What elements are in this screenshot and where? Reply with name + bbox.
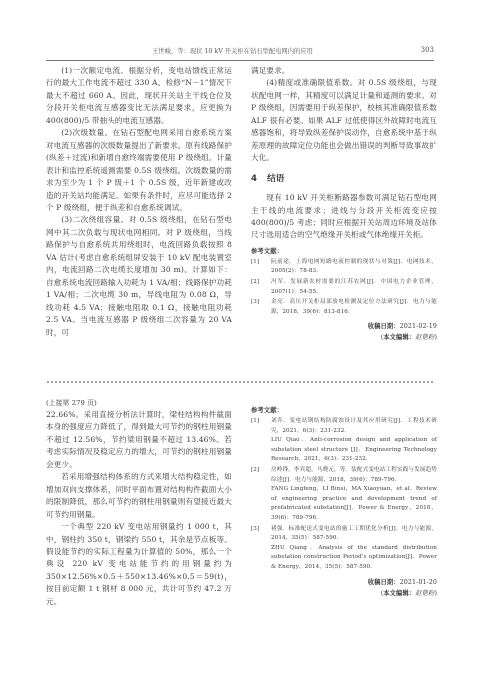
reference-text: 房岭锋，李宾超，马晓元，等．装配式变电站工程实践与发展趋势综述[J]．电力与能源…	[271, 467, 437, 483]
section-title: 结语	[267, 174, 284, 184]
reference-item: [2] 冯军．发展新农村需要的江苏农网[J]．中国电力企业管理，2007(1)：…	[251, 278, 437, 297]
article-bottom-left-column: (上接第 279 页) 22.66%。采用直接分析法计算时，梁柱结构构件截面本身…	[46, 398, 232, 608]
paragraph-structural-stability: 若采用增强结构体系的方式来增大结构稳定性，如增加双向支撑体系，同时平面布置对结构…	[46, 471, 232, 521]
references-title: 参考文献：	[251, 405, 437, 416]
page-number: 303	[421, 46, 434, 54]
reference-number: [1]	[251, 417, 259, 427]
received-date-line: 收稿日期：2021-01-20	[251, 577, 437, 588]
reference-number: [2]	[251, 466, 259, 476]
editor-line: (本文编辑：赵艳粉)	[251, 588, 437, 599]
section-heading-conclusion: 4结语	[251, 173, 437, 185]
paragraph-rated-current: (1)一次额定电流。根据分析，变电站馈线正常运行的最大工作电流不超过 330 A…	[46, 65, 232, 127]
received-date-line: 收稿日期：2021-02-19	[251, 321, 437, 332]
editor-name: 赵艳粉	[415, 334, 434, 341]
paragraph-continuation: 22.66%。采用直接分析法计算时，梁柱结构构件截面本身的强度应力降低了，得到最…	[46, 409, 232, 471]
editor-name: 赵艳粉	[415, 590, 434, 597]
editor-label: 本文编辑：	[383, 590, 415, 597]
paragraph-winding-capacity: (3)二次绕组容量。对 0.5S 级绕组，在钻石型电网中其二次负载与现状电网相同…	[46, 214, 232, 339]
reference-text-english: LIU Qiao．Anti-corrosion design and appli…	[271, 436, 437, 465]
reference-text: 刘乔．变电站钢结构防腐蚀设计及其应用研究[J]．工程技术研究，2021，6(3)…	[271, 418, 437, 434]
reference-item: [3] 金亮．高压开关柜局部放电检测及定位方法研究[J]．电力与能源，2018，…	[251, 298, 437, 317]
running-title: 王世峻，等：现状 10 kV 开关柜在钻石型配电网内的应用	[152, 46, 313, 55]
received-label: 收稿日期：	[368, 579, 400, 586]
paragraph-conclusion: 现有 10 kV 开关柜断路器参数可满足钻石型电网主干线的电流要求；进线与分段开…	[251, 192, 437, 242]
reference-text: 冯军．发展新农村需要的江苏农网[J]．中国电力企业管理，2007(1)：54-5…	[271, 279, 437, 295]
article-bottom-right-column: 参考文献： [1] 刘乔．变电站钢结构防腐蚀设计及其应用研究[J]．工程技术研究…	[251, 401, 437, 599]
reference-number: [1]	[251, 258, 259, 268]
paragraph-accuracy: (4)精度或准确限值系数。对 0.5S 级绕组，与现状配电网一样，其精度可以满足…	[251, 77, 437, 164]
reference-item: [1] 阮前途．上海电网短路电流控制的现状与对策[J]．电网技术，2005(2)…	[251, 258, 437, 277]
running-header: 王世峻，等：现状 10 kV 开关柜在钻石型配电网内的应用 303	[46, 43, 434, 57]
received-label: 收稿日期：	[368, 323, 400, 330]
article-divider	[46, 380, 434, 384]
paragraph-steel-savings: 一个典型 220 kV 变电站用钢量约 1 000 t，其中，钢柱约 350 t…	[46, 521, 232, 608]
reference-number: [3]	[251, 525, 259, 535]
continued-from-note: (上接第 279 页)	[46, 398, 232, 409]
header-rule	[46, 60, 434, 61]
reference-text: 金亮．高压开关柜局部放电检测及定位方法研究[J]．电力与能源，2018，39(6…	[271, 299, 437, 315]
reference-number: [3]	[251, 298, 259, 308]
editor-label: 本文编辑：	[383, 334, 415, 341]
reference-number: [2]	[251, 278, 259, 288]
reference-text-english: FANG Lingfeng，LI Binsi，MA Xiaoyuan，et al…	[271, 485, 437, 523]
section-number: 4	[251, 174, 257, 184]
reference-text: 阮前途．上海电网短路电流控制的现状与对策[J]．电网技术，2005(2)：78-…	[271, 259, 437, 275]
paragraph-continuation: 满足要求。	[251, 65, 437, 77]
received-date: 2021-01-20	[400, 579, 437, 586]
article-top-left-column: (1)一次额定电流。根据分析，变电站馈线正常运行的最大工作电流不超过 330 A…	[46, 65, 232, 339]
reference-item: [1] 刘乔．变电站钢结构防腐蚀设计及其应用研究[J]．工程技术研究，2021，…	[251, 417, 437, 465]
reference-text-english: ZHU Qiang．Analysis of the standard distr…	[271, 544, 437, 573]
reference-item: [3] 褚强．标准配送式变电站的施工工期优化分析[J]．电力与能源，2014，3…	[251, 525, 437, 573]
received-date: 2021-02-19	[400, 323, 437, 330]
reference-item: [2] 房岭锋，李宾超，马晓元，等．装配式变电站工程实践与发展趋势综述[J]．电…	[251, 466, 437, 524]
paragraph-secondary-count: (2)次级数量。在钻石型配电网采用自愈系统方案对电流互感器的次级数量提出了新要求…	[46, 127, 232, 214]
reference-text: 褚强．标准配送式变电站的施工工期优化分析[J]．电力与能源，2014，35(5)…	[271, 526, 437, 542]
editor-line: (本文编辑：赵艳粉)	[251, 332, 437, 343]
references-title: 参考文献：	[251, 246, 437, 257]
article-top-right-column: 满足要求。 (4)精度或准确限值系数。对 0.5S 级绕组，与现状配电网一样，其…	[251, 65, 437, 343]
